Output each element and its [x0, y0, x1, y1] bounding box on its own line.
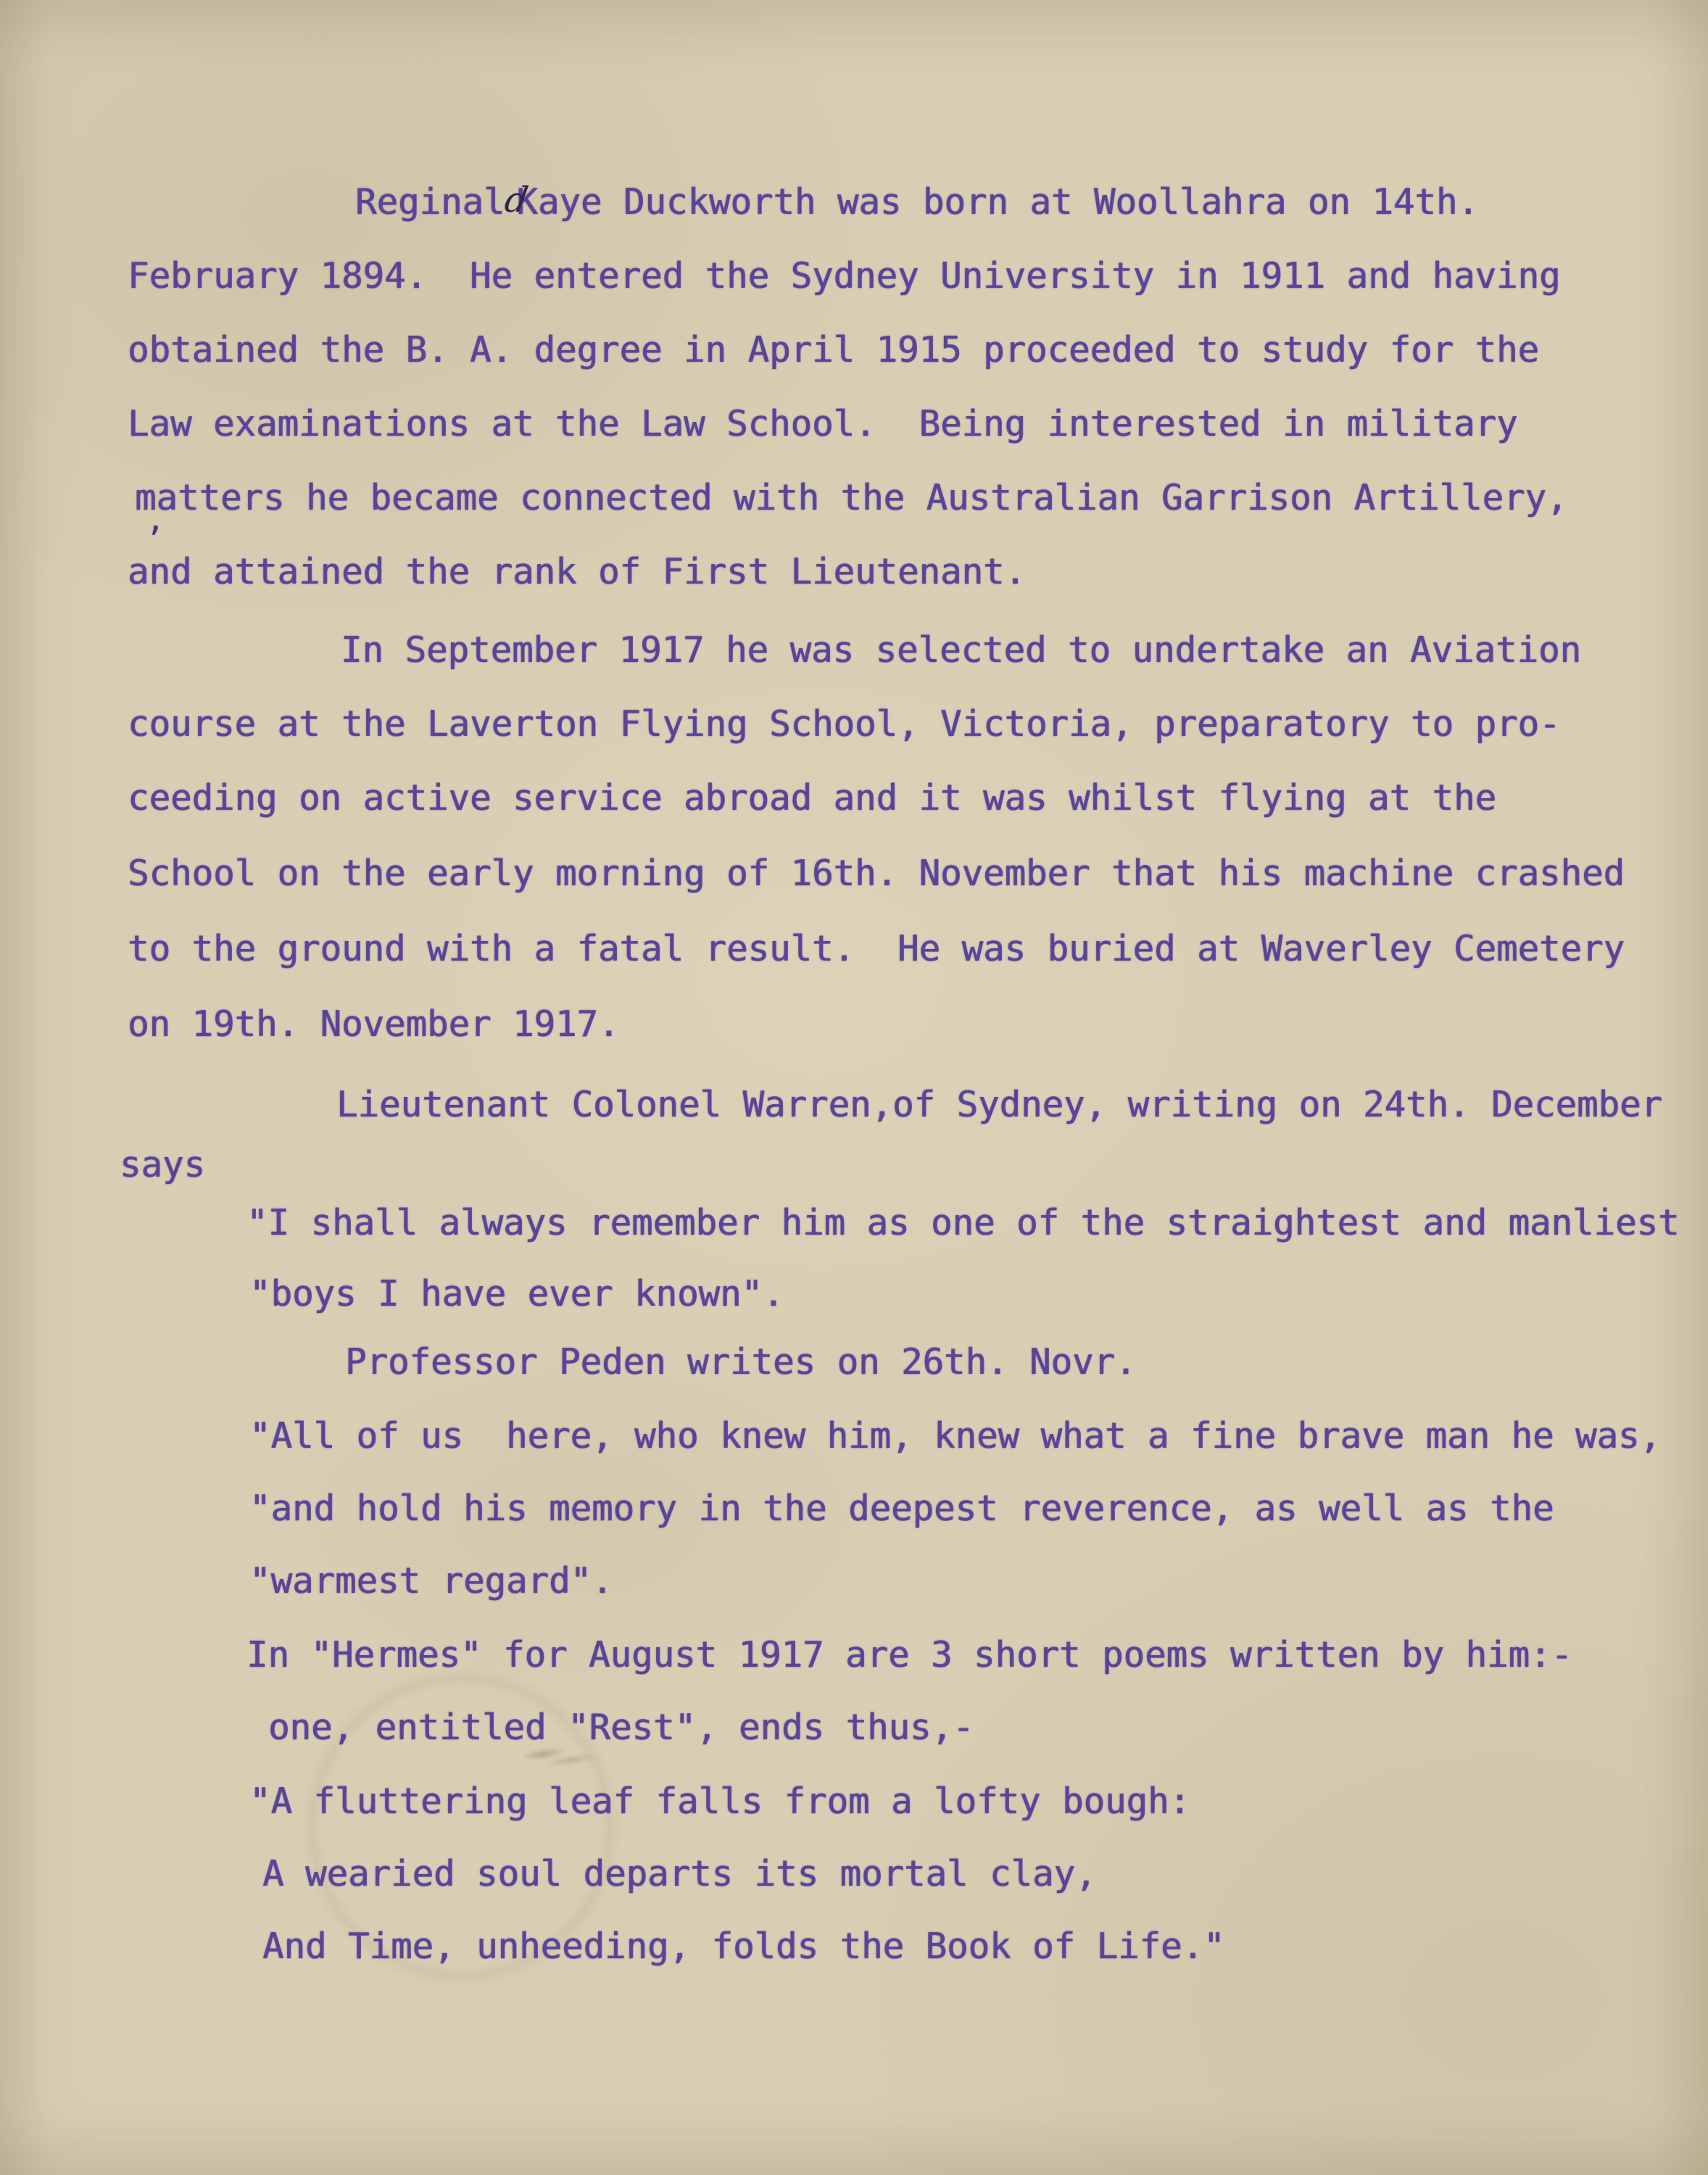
text-line: course at the Laverton Flying School, Vi… [128, 703, 1561, 745]
text-line: "All of us here, who knew him, knew what… [249, 1415, 1661, 1457]
text-line: February 1894. He entered the Sydney Uni… [128, 255, 1561, 297]
text-line: one, entitled "Rest", ends thus,- [268, 1707, 974, 1749]
text-line-opening: ReginaldKaye Duckworth was born at Wooll… [355, 181, 1479, 223]
typewritten-page: ReginaldKaye Duckworth was born at Wooll… [0, 0, 1708, 2175]
text-line: and attained the rank of First Lieutenan… [128, 551, 1026, 593]
typed-text: Reginal [355, 181, 505, 223]
text-line: says [120, 1144, 205, 1186]
text-line: And Time, unheeding, folds the Book of L… [262, 1926, 1225, 1968]
text-line: matters he became connected with the Aus… [135, 477, 1568, 519]
text-line: Lieutenant Colonel Warren,of Sydney, wri… [336, 1084, 1662, 1126]
typed-text: Kaye Duckworth was born at Woollahra on … [516, 181, 1479, 223]
text-line: obtained the B. A. degree in April 1915 … [128, 329, 1539, 371]
text-line: In "Hermes" for August 1917 are 3 short … [246, 1634, 1572, 1676]
text-line: Law examinations at the Law School. Bein… [128, 403, 1518, 445]
text-line: on 19th. November 1917. [128, 1003, 620, 1045]
text-line: "boys I have ever known". [249, 1273, 784, 1315]
text-line: In September 1917 he was selected to und… [341, 629, 1581, 671]
text-line: "I shall always remember him as one of t… [246, 1202, 1680, 1244]
text-line: "warmest regard". [249, 1560, 613, 1602]
text-line: to the ground with a fatal result. He wa… [128, 928, 1625, 970]
text-line: "A fluttering leaf falls from a lofty bo… [249, 1781, 1190, 1823]
text-line: ceeding on active service abroad and it … [128, 777, 1496, 819]
stray-ink-mark: ’ [145, 521, 165, 558]
text-line: School on the early morning of 16th. Nov… [128, 853, 1625, 895]
text-line: A wearied soul departs its mortal clay, [262, 1853, 1097, 1895]
text-line: Professor Peden writes on 26th. Novr. [345, 1341, 1137, 1383]
text-line: "and hold his memory in the deepest reve… [249, 1488, 1554, 1530]
